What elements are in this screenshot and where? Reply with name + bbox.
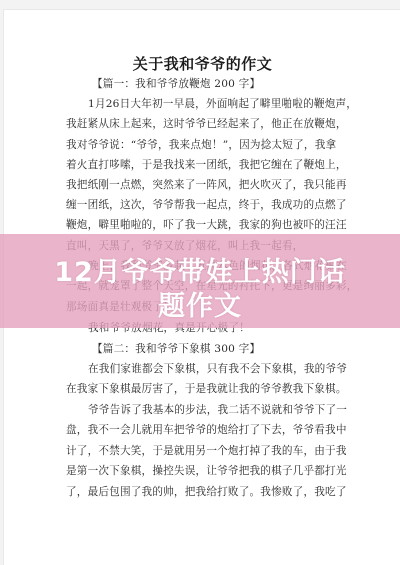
body-line: 1月26日大年初一早晨，外面响起了噼里啪啦的鞭炮声，: [88, 97, 320, 111]
body-line: 盘，我不一会儿就用车把爷爷的炮给打了下去，爷爷看我中: [66, 423, 298, 437]
section-heading: 【篇二：我和爷爷下象棋 300 字】: [92, 342, 324, 356]
body-line: 鞭炮，噼里啪啦的，吓了我一大跳，我家的狗也被吓的汪汪: [66, 218, 298, 232]
body-line: 缠一团纸，这次，爷爷帮我一起点，终于，我成功的点燃了: [66, 198, 298, 212]
body-line: 我赶紧从床上起来，这时爷爷已经起来了，他正在放鞭炮，: [66, 117, 298, 131]
headline-line-1: 12月爷爷带娃上热门话: [0, 257, 400, 289]
body-line: 在我家下象棋最厉害了，于是我就让我的爷爷教我下象棋。: [66, 382, 298, 396]
body-line: 我把纸刚一点燃，突然来了一阵风，把火吹灭了，我只能再: [66, 178, 298, 192]
body-line: 在我们家谁都会下象棋，只有我不会下象棋，我的爷爷: [88, 362, 320, 376]
body-line: 计了，不禁大笑，于是就用另一个炮打掉了我的车，由于我: [66, 444, 298, 458]
section-heading: 【篇一：我和爷爷放鞭炮 200 字】: [92, 77, 324, 91]
document-title: 关于我和爷爷的作文: [4, 53, 400, 74]
body-line: 爷爷告诉了我基本的步法，我二话不说就和爷爷下了一: [88, 403, 320, 417]
body-line: 着火直打哆嗦，于是我找来一团纸，我把它缠在了鞭炮上，: [66, 158, 298, 172]
body-line: 是第一次下象棋，操控失误，让爷爷把我的棋子几乎都打光: [66, 464, 298, 478]
body-line: 了，最后包围了我的帅，把我给打败了。我惨败了，我吃了: [66, 485, 298, 499]
headline-line-2: 题作文: [0, 291, 400, 323]
body-line: 我对爷爷说：“爷爷，我来点炮！”，因为捻太短了，我拿: [66, 138, 298, 152]
